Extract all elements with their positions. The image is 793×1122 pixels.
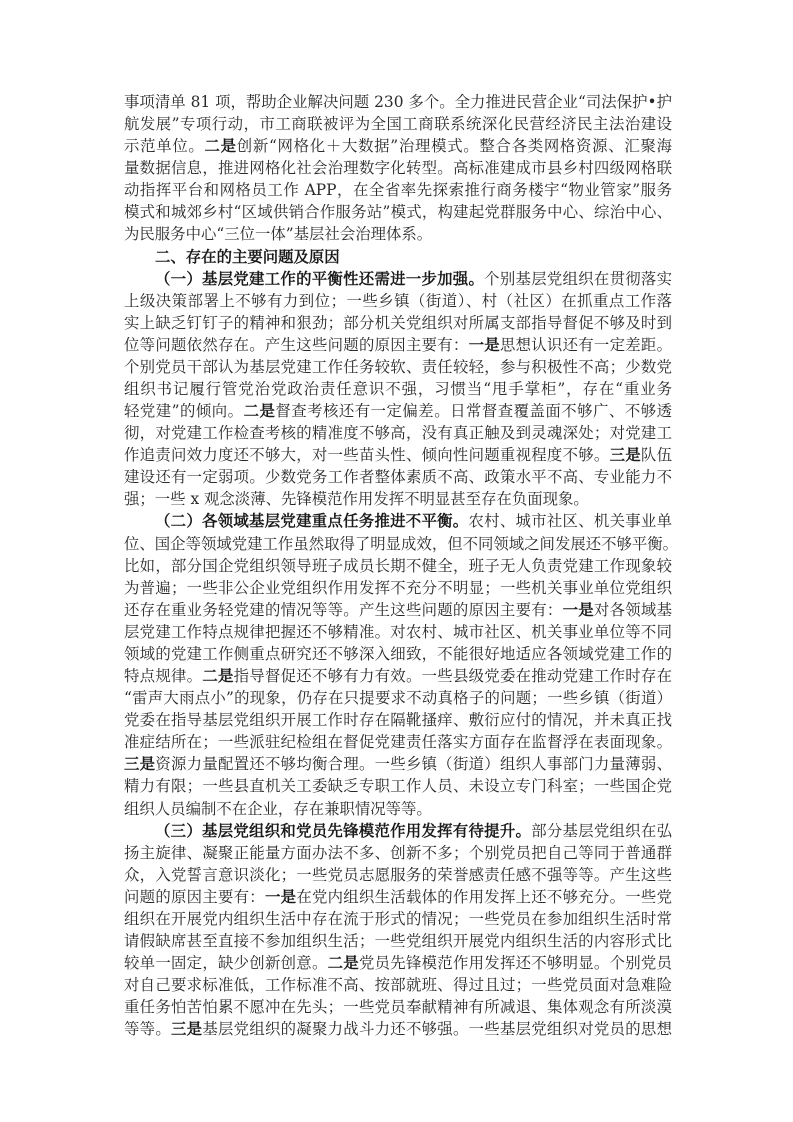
text-line: 比如，部分国企党组织领导班子成员长期不健全，班子无人负责党建工作现象较 — [124, 555, 672, 577]
text-line: （二）各领域基层党建重点任务推进不平衡。农村、城市社区、机关事业单 — [124, 510, 672, 532]
text-run: 实上缺乏钉钉子的精神和狠劲；部分机关党组织对所属支部指导督促不够及时到 — [124, 314, 672, 332]
text-line: 精力有限；一些县直机关工委缺乏专职工作人员、未设立专门科室；一些国企党 — [124, 775, 672, 797]
text-run: 位等问题依然存在。产生这些问题的原因主要有： — [124, 336, 469, 354]
text-line: 准症结所在；一些派驻纪检组在督促党建责任落实方面存在监督浮在表面现象。 — [124, 731, 672, 753]
text-run: 层党建工作特点规律把握还不够精准。对农村、城市社区、机关事业单位等不同 — [124, 623, 672, 641]
text-line: 作追责问效力度还不够大，对一些苗头性、倾向性问题重视程度不够。三是队伍 — [124, 444, 672, 466]
text-run: 特点规律。 — [124, 667, 202, 685]
text-run: 领域的党建工作侧重点研究还不够深入细致，不能很好地适应各领域党建工作的 — [124, 645, 672, 663]
text-run: 还存在重业务轻党建的情况等等。产生这些问题的原因主要有： — [124, 601, 563, 619]
text-run: 个别基层党组织在贯彻落实 — [484, 270, 672, 288]
text-line: 请假缺席甚至直接不参加组织生活；一些党组织开展党内组织生活的内容形式比 — [124, 930, 672, 952]
text-line: （一）基层党建工作的平衡性还需进一步加强。个别基层党组织在贯彻落实 — [124, 268, 672, 290]
text-run: 部分基层党组织在弘 — [531, 822, 672, 840]
text-run: 督查考核还有一定偏差。日常督查覆盖面不够广、不够透 — [275, 402, 672, 420]
text-line: （三）基层党组织和党员先锋模范作用发挥有待提升。部分基层党组织在弘 — [124, 820, 672, 842]
text-line: 彻，对党建工作检查考核的精准度不够高，没有真正触及到灵魂深处；对党建工 — [124, 422, 672, 444]
text-line: 模式和城郊乡村“区域供销合作服务站”模式，构建起党群服务中心、综治中心、 — [124, 201, 672, 223]
bold-text-run: 二是 — [328, 954, 359, 972]
text-line: 对自己要求标准低，工作标准不高、按部就班、得过且过；一些党员面对急难险 — [124, 974, 672, 996]
text-run: 扬主旋律、凝聚正能量方面办法不多、创新不多；个别党员把自己等同于普通群 — [124, 844, 672, 862]
paragraph: （二）各领域基层党建重点任务推进不平衡。农村、城市社区、机关事业单位、国企等领域… — [124, 510, 672, 819]
text-run: 资源力量配置还不够均衡合理。一些乡镇（街道）组织人事部门力量薄弱、 — [155, 755, 672, 773]
text-run: 个别党员干部认为基层党建工作任务较软、责任较轻，参与积极性不高；少数党 — [124, 358, 672, 376]
paragraph: （三）基层党组织和党员先锋模范作用发挥有待提升。部分基层党组织在弘扬主旋律、凝聚… — [124, 820, 672, 1041]
document-page: 事项清单 81 项，帮助企业解决问题 230 多个。全力推进民营企业“司法保护•… — [124, 91, 672, 1040]
text-run: 请假缺席甚至直接不参加组织生活；一些党组织开展党内组织生活的内容形式比 — [124, 932, 672, 950]
text-run: 事项清单 81 项，帮助企业解决问题 230 多个。全力推进民营企业“司法保护•… — [124, 93, 672, 111]
text-run: 组织书记履行管党治党政治责任意识不强，习惯当“甩手掌柜”，存在“重业务 — [124, 380, 672, 398]
text-run: 比如，部分国企党组织领导班子成员长期不健全，班子无人负责党建工作现象较 — [124, 557, 672, 575]
text-run: 等等。 — [124, 1020, 171, 1038]
text-run: 航发展”专项行动，市工商联被评为全国工商联系统深化民营经济民主法治建设 — [124, 115, 672, 133]
text-line: 还存在重业务轻党建的情况等等。产生这些问题的原因主要有：一是对各领域基 — [124, 599, 672, 621]
text-line: 组织人员编制不在企业，存在兼职情况等等。 — [124, 798, 672, 820]
text-line: 为民服务中心“三位一体”基层社会治理体系。 — [124, 223, 672, 245]
text-run: 在党内组织生活载体的作用发挥上还不够充分。一些党 — [296, 888, 672, 906]
text-run: 彻，对党建工作检查考核的精准度不够高，没有真正触及到灵魂深处；对党建工 — [124, 424, 672, 442]
text-line: 党委在指导基层党组织开展工作时存在隔靴搔痒、敷衍应付的情况，并未真正找 — [124, 709, 672, 731]
text-line: 实上缺乏钉钉子的精神和狠劲；部分机关党组织对所属支部指导督促不够及时到 — [124, 312, 672, 334]
text-run: 基层党组织的凝聚力战斗力还不够强。一些基层党组织对党员的思想 — [202, 1020, 672, 1038]
text-line: 特点规律。二是指导督促还不够有力有效。一些县级党委在推动党建工作时存在 — [124, 665, 672, 687]
text-line: 等等。三是基层党组织的凝聚力战斗力还不够强。一些基层党组织对党员的思想 — [124, 1018, 672, 1040]
text-run: 问题的原因主要有： — [124, 888, 265, 906]
text-run: 对自己要求标准低，工作标准不高、按部就班、得过且过；一些党员面对急难险 — [124, 976, 672, 994]
bold-text-run: 三是 — [610, 446, 641, 464]
text-run: 强；一些 x 观念淡薄、先锋模范作用发挥不明显甚至存在负面现象。 — [124, 490, 589, 508]
bold-text-run: 一是 — [563, 601, 594, 619]
text-line: 量数据信息，推进网格化社会治理数字化转型。高标准建成市县乡村四级网格联 — [124, 157, 672, 179]
section-heading: 二、存在的主要问题及原因 — [124, 246, 672, 268]
text-run: 准症结所在；一些派驻纪检组在督促党建责任落实方面存在监督浮在表面现象。 — [124, 733, 672, 751]
text-line: 扬主旋律、凝聚正能量方面办法不多、创新不多；个别党员把自己等同于普通群 — [124, 842, 672, 864]
text-run: 位、国企等领域党建工作虽然取得了明显成效，但不同领域之间发展还不够平衡。 — [124, 535, 678, 553]
text-line: 组织书记履行管党治党政治责任意识不强，习惯当“甩手掌柜”，存在“重业务 — [124, 378, 672, 400]
text-line: 较单一固定，缺少创新创意。二是党员先锋模范作用发挥还不够明显。个别党员 — [124, 952, 672, 974]
text-run: 对各领域基 — [594, 601, 672, 619]
text-line: 位等问题依然存在。产生这些问题的原因主要有：一是思想认识还有一定差距。 — [124, 334, 672, 356]
text-run: 建设还有一定弱项。少数党务工作者整体素质不高、政策水平不高、专业能力不 — [124, 468, 672, 486]
text-line: 二、存在的主要问题及原因 — [124, 246, 672, 268]
bold-text-run: 二、存在的主要问题及原因 — [155, 248, 340, 266]
text-line: 事项清单 81 项，帮助企业解决问题 230 多个。全力推进民营企业“司法保护•… — [124, 91, 672, 113]
paragraph: 事项清单 81 项，帮助企业解决问题 230 多个。全力推进民营企业“司法保护•… — [124, 91, 672, 246]
text-run: 较单一固定，缺少创新创意。 — [124, 954, 328, 972]
text-run: 农村、城市社区、机关事业单 — [469, 512, 672, 530]
text-run: 精力有限；一些县直机关工委缺乏专职工作人员、未设立专门科室；一些国企党 — [124, 777, 672, 795]
text-run: 党员先锋模范作用发挥还不够明显。个别党员 — [359, 954, 672, 972]
text-run: 示范单位。 — [124, 137, 205, 155]
text-line: 问题的原因主要有：一是在党内组织生活载体的作用发挥上还不够充分。一些党 — [124, 886, 672, 908]
text-line: 三是资源力量配置还不够均衡合理。一些乡镇（街道）组织人事部门力量薄弱、 — [124, 753, 672, 775]
text-line: 个别党员干部认为基层党建工作任务较软、责任较轻，参与积极性不高；少数党 — [124, 356, 672, 378]
text-run: 量数据信息，推进网格化社会治理数字化转型。高标准建成市县乡村四级网格联 — [124, 159, 672, 177]
bold-text-run: 二是 — [202, 667, 233, 685]
text-run: 作追责问效力度还不够大，对一些苗头性、倾向性问题重视程度不够。 — [124, 446, 610, 464]
text-line: 层党建工作特点规律把握还不够精准。对农村、城市社区、机关事业单位等不同 — [124, 621, 672, 643]
text-line: 为普遍；一些非公企业党组织作用发挥不充分不明显；一些机关事业单位党组织 — [124, 577, 672, 599]
text-run: 重任务怕苦怕累不愿冲在先头；一些党员奉献精神有所减退、集体观念有所淡漠 — [124, 998, 672, 1016]
text-line: 重任务怕苦怕累不愿冲在先头；一些党员奉献精神有所减退、集体观念有所淡漠 — [124, 996, 672, 1018]
text-run: 动指挥平台和网格员工作 APP，在全省率先探索推行商务楼宇“物业管家”服务 — [124, 181, 672, 199]
bold-text-run: 一是 — [469, 336, 500, 354]
bold-text-run: 二是 — [205, 137, 237, 155]
text-line: 位、国企等领域党建工作虽然取得了明显成效，但不同领域之间发展还不够平衡。 — [124, 533, 672, 555]
text-line: 众，入党誓言意识淡化；一些党员志愿服务的荣誉感责任感不强等等。产生这些 — [124, 864, 672, 886]
text-run: 思想认识还有一定差距。 — [500, 336, 672, 354]
text-run: 创新“网格化＋大数据”治理模式。整合各类网格资源、汇聚海 — [237, 137, 672, 155]
text-run: 组织人员编制不在企业，存在兼职情况等等。 — [124, 800, 432, 818]
text-line: 建设还有一定弱项。少数党务工作者整体素质不高、政策水平不高、专业能力不 — [124, 466, 672, 488]
text-line: 动指挥平台和网格员工作 APP，在全省率先探索推行商务楼宇“物业管家”服务 — [124, 179, 672, 201]
text-run: 指导督促还不够有力有效。一些县级党委在推动党建工作时存在 — [234, 667, 672, 685]
text-run: 上级决策部署上不够有力到位；一些乡镇（街道）、村（社区）在抓重点工作落 — [124, 292, 672, 310]
bold-text-run: 三是 — [124, 755, 155, 773]
text-run: “雷声大雨点小”的现象，仍存在只提要求不动真格子的问题；一些乡镇（街道） — [124, 689, 672, 707]
text-run: 模式和城郊乡村“区域供销合作服务站”模式，构建起党群服务中心、综治中心、 — [124, 203, 672, 221]
text-line: 轻党建”的倾向。二是督查考核还有一定偏差。日常督查覆盖面不够广、不够透 — [124, 400, 672, 422]
bold-text-run: 一是 — [265, 888, 296, 906]
bold-text-run: （二）各领域基层党建重点任务推进不平衡。 — [155, 512, 469, 530]
text-line: “雷声大雨点小”的现象，仍存在只提要求不动真格子的问题；一些乡镇（街道） — [124, 687, 672, 709]
text-line: 上级决策部署上不够有力到位；一些乡镇（街道）、村（社区）在抓重点工作落 — [124, 290, 672, 312]
bold-text-run: （一）基层党建工作的平衡性还需进一步加强。 — [155, 270, 484, 288]
paragraph: （一）基层党建工作的平衡性还需进一步加强。个别基层党组织在贯彻落实上级决策部署上… — [124, 268, 672, 511]
text-line: 示范单位。二是创新“网格化＋大数据”治理模式。整合各类网格资源、汇聚海 — [124, 135, 672, 157]
text-line: 领域的党建工作侧重点研究还不够深入细致，不能很好地适应各领域党建工作的 — [124, 643, 672, 665]
bold-text-run: 二是 — [244, 402, 276, 420]
text-run: 为民服务中心“三位一体”基层社会治理体系。 — [124, 225, 432, 243]
text-run: 党委在指导基层党组织开展工作时存在隔靴搔痒、敷衍应付的情况，并未真正找 — [124, 711, 672, 729]
text-line: 强；一些 x 观念淡薄、先锋模范作用发挥不明显甚至存在负面现象。 — [124, 488, 672, 510]
text-run: 轻党建”的倾向。 — [124, 402, 244, 420]
text-run: 为普遍；一些非公企业党组织作用发挥不充分不明显；一些机关事业单位党组织 — [124, 579, 672, 597]
bold-text-run: （三）基层党组织和党员先锋模范作用发挥有待提升。 — [155, 822, 531, 840]
text-run: 组织在开展党内组织生活中存在流于形式的情况；一些党员在参加组织生活时常 — [124, 910, 672, 928]
text-line: 组织在开展党内组织生活中存在流于形式的情况；一些党员在参加组织生活时常 — [124, 908, 672, 930]
text-run: 队伍 — [641, 446, 672, 464]
text-line: 航发展”专项行动，市工商联被评为全国工商联系统深化民营经济民主法治建设 — [124, 113, 672, 135]
text-run: 众，入党誓言意识淡化；一些党员志愿服务的荣誉感责任感不强等等。产生这些 — [124, 866, 672, 884]
bold-text-run: 三是 — [171, 1020, 202, 1038]
